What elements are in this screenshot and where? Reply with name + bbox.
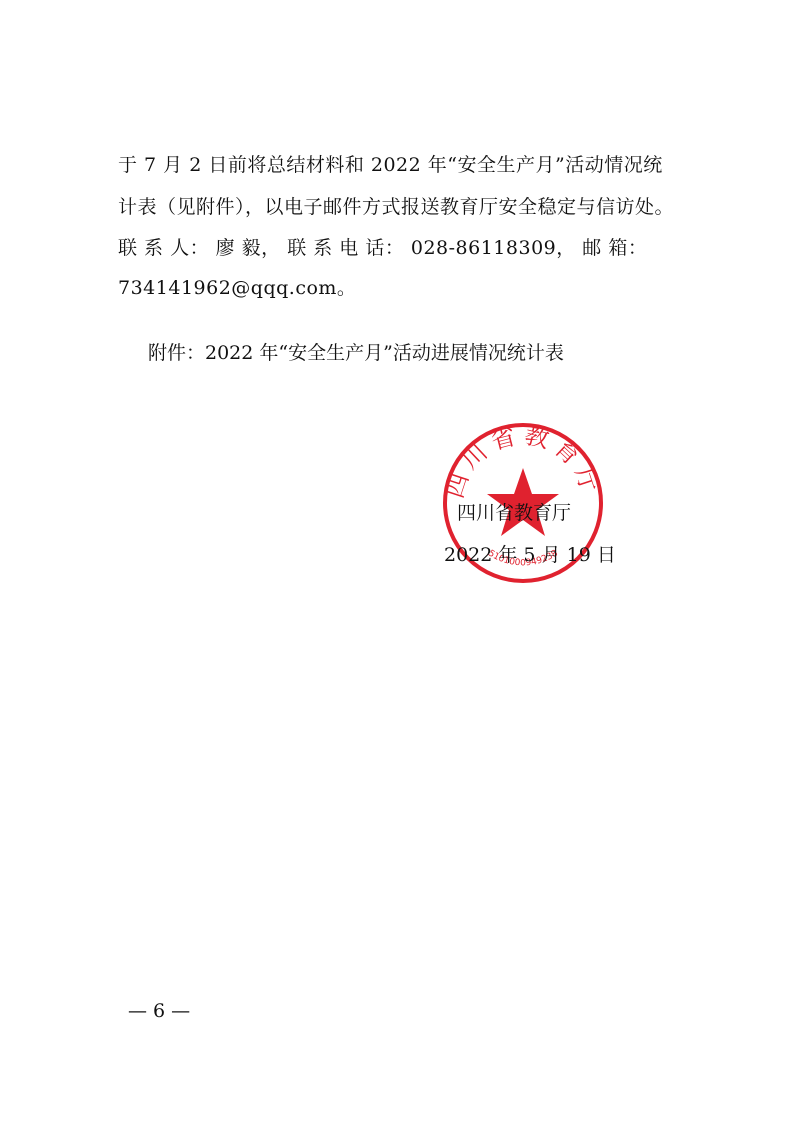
signing-date: 2022 年 5 月 19 日 [444, 540, 616, 567]
body-line-3: 联 系 人： 廖 毅， 联 系 电 话： 028-86118309， 邮 箱： [118, 233, 647, 260]
signing-organization: 四川省教育厅 [457, 498, 571, 525]
page-number: — 6 — [128, 1000, 190, 1022]
body-line-2: 计表（见附件），以电子邮件方式报送教育厅安全稳定与信访处。 [118, 192, 674, 219]
attachment-note: 附件：2022 年“安全生产月”活动进展情况统计表 [148, 338, 564, 365]
body-line-1: 于 7 月 2 日前将总结材料和 2022 年“安全生产月”活动情况统 [118, 150, 663, 177]
body-line-4: 734141962@qqq.com。 [118, 273, 356, 300]
